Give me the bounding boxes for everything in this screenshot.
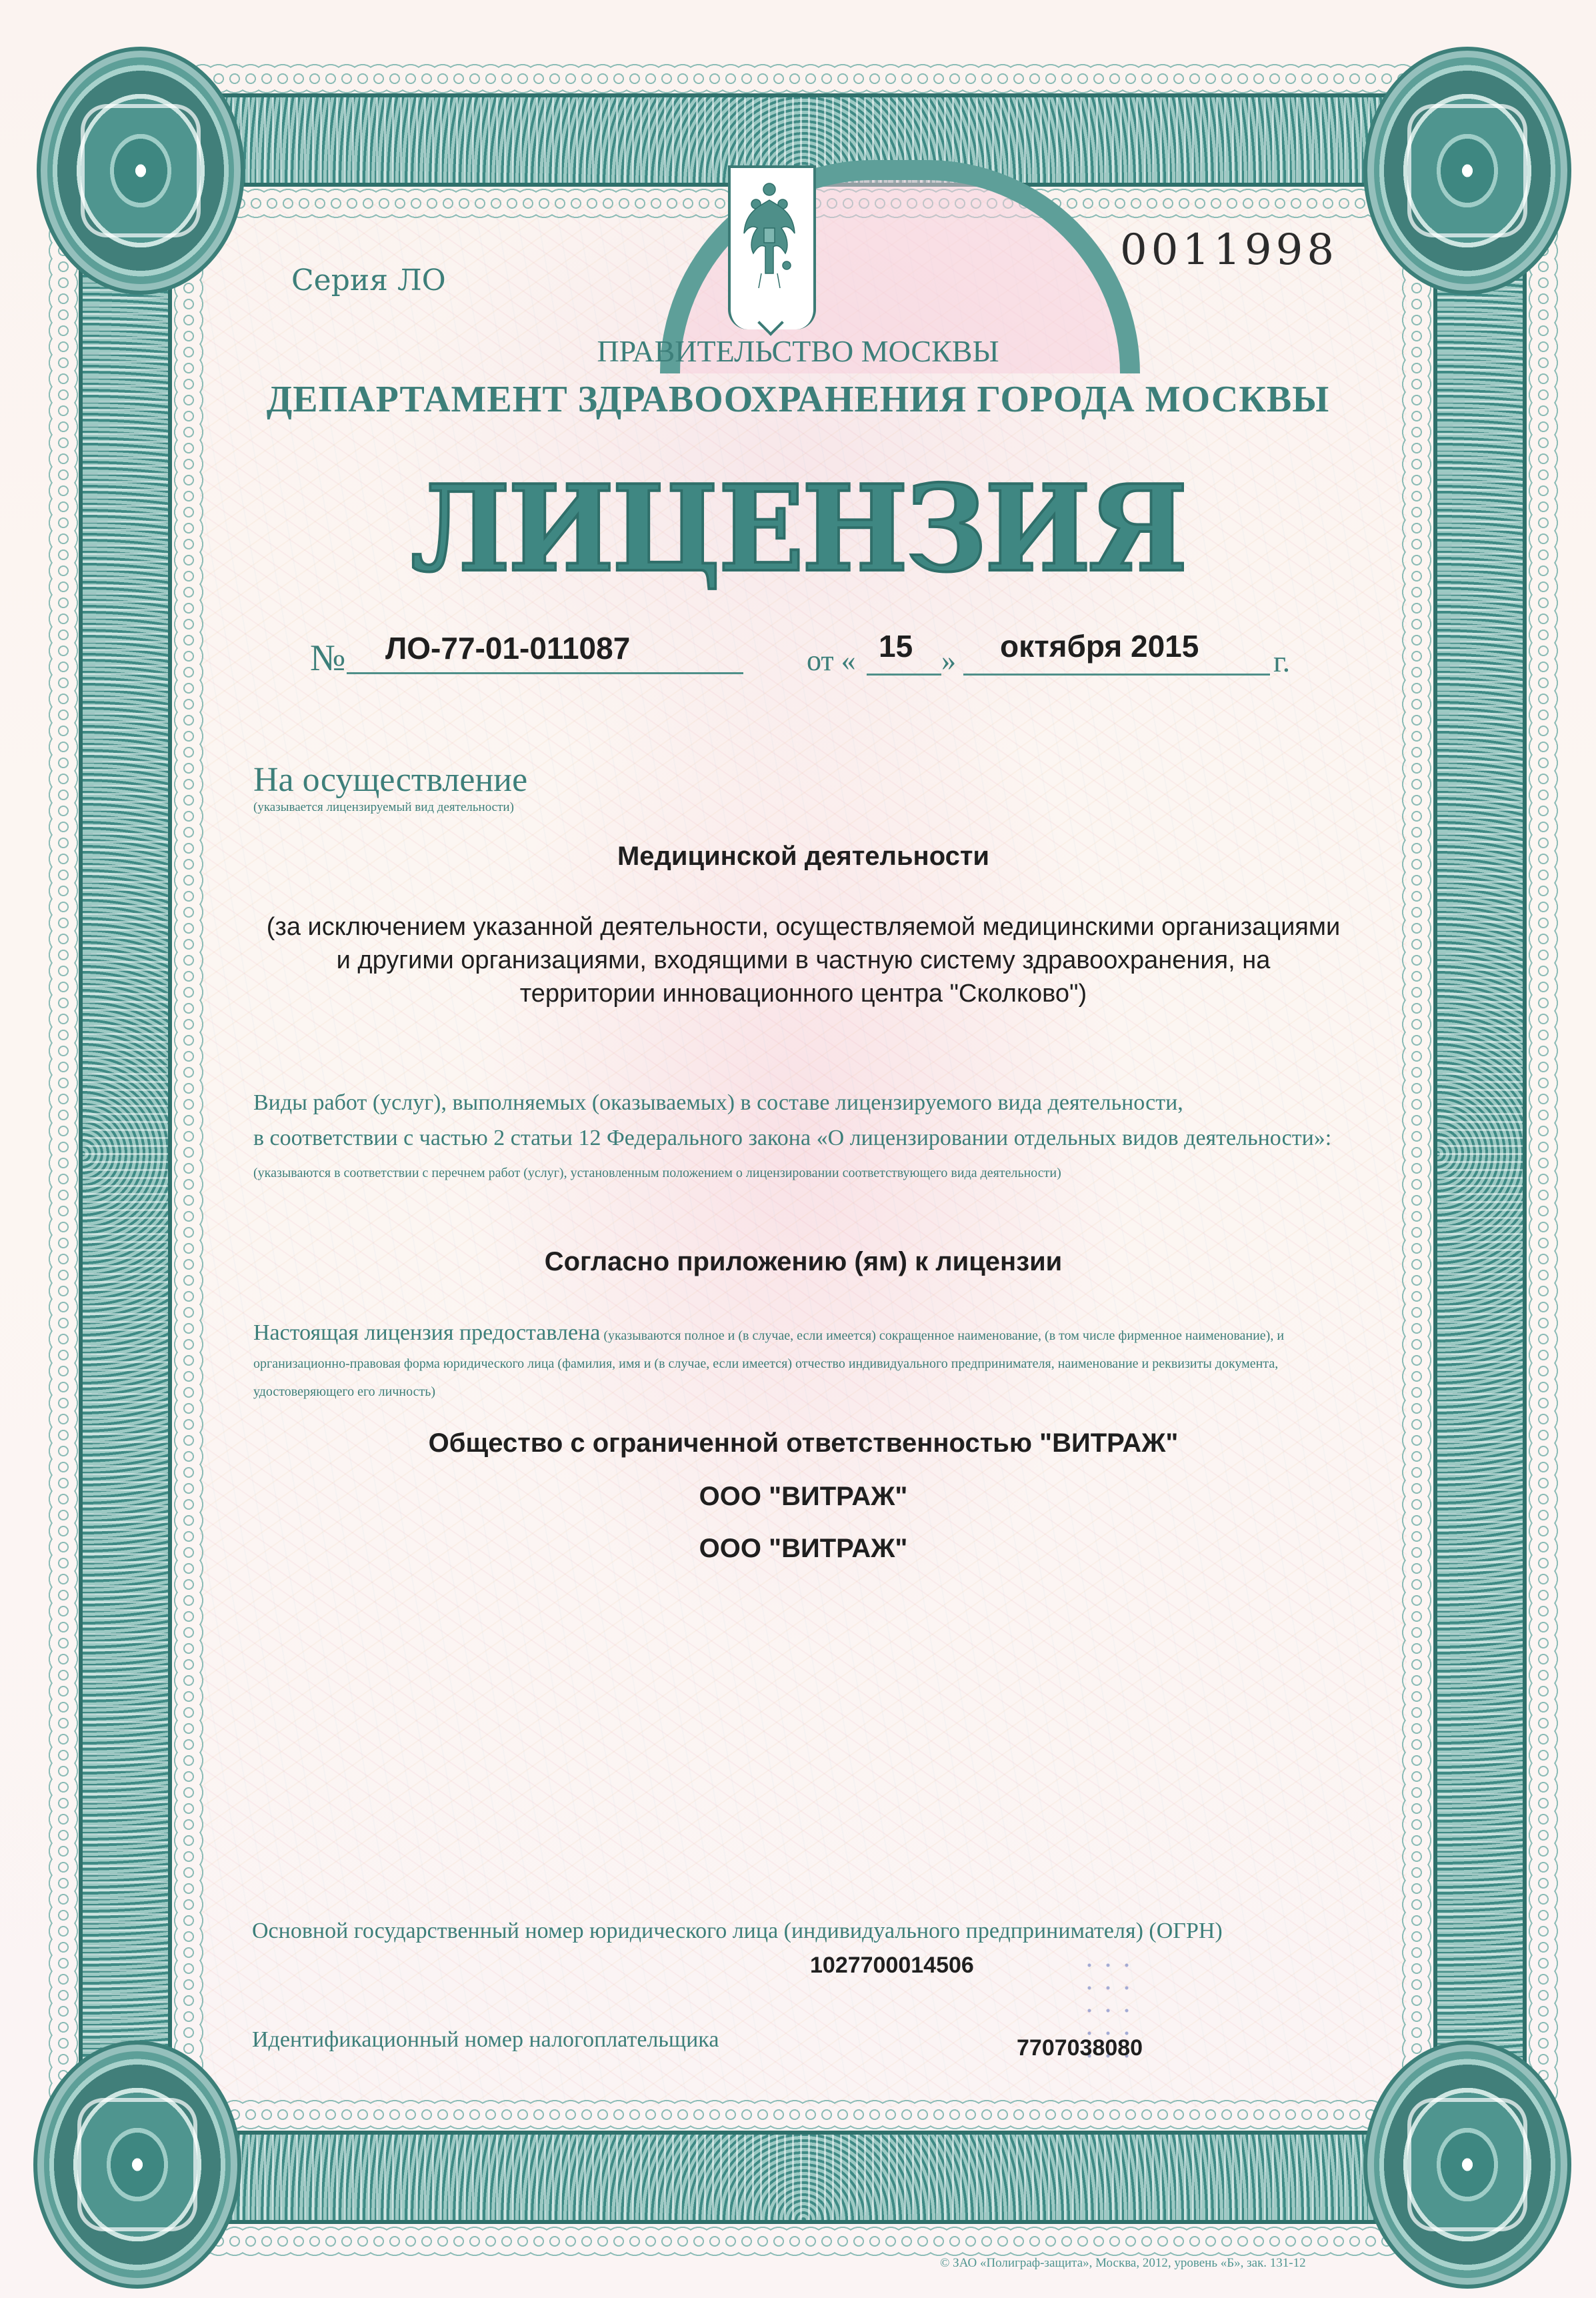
issuer-department: ДЕПАРТАМЕНТ ЗДРАВООХРАНЕНИЯ ГОРОДА МОСКВ… [0, 378, 1596, 421]
works-note: (указываются в соответствии с перечнем р… [253, 1166, 1061, 1181]
works-label-line1: Виды работ (услуг), выполняемых (оказыва… [253, 1090, 1183, 1116]
blank-serial-number: 0011998 [1120, 225, 1338, 275]
date-prefix-text: от [807, 644, 834, 677]
day-underline [867, 674, 941, 676]
activity-name: Медицинской деятельности [200, 842, 1407, 872]
border-loops-bottom-inner [147, 2099, 1453, 2130]
date-prefix: от « [807, 644, 856, 678]
inn-value: 7707038080 [1017, 2035, 1143, 2061]
open-quote: « [841, 644, 856, 677]
works-label-line2: в соответствии с частью 2 статьи 12 Феде… [253, 1126, 1331, 1151]
licensee-brand-name: ООО "ВИТРАЖ" [200, 1534, 1407, 1564]
works-value: Согласно приложению (ям) к лицензии [200, 1247, 1407, 1277]
activity-heading-note: (указывается лицензируемый вид деятельно… [253, 800, 514, 815]
year-suffix: г. [1273, 644, 1290, 679]
license-number-value: ЛО-77-01-011087 [385, 630, 630, 666]
exclusion-line: и другими организациями, входящими в час… [200, 944, 1407, 977]
licensee-short-name: ООО "ВИТРАЖ" [200, 1482, 1407, 1512]
activity-heading: На осуществление [253, 760, 527, 800]
printer-copyright: © ЗАО «Полиграф-защита», Москва, 2012, у… [940, 2256, 1306, 2271]
document-title: ЛИЦЕНЗИЯ [40, 459, 1556, 598]
corner-rosette-bottom-left [33, 2041, 241, 2289]
border-loops-bottom-outer [147, 2226, 1453, 2257]
exclusion-line: территории инновационного центра "Сколко… [200, 977, 1407, 1010]
corner-rosette-top-right [1363, 47, 1571, 295]
ogrn-label: Основной государственный номер юридическ… [252, 1919, 1223, 1944]
border-loops-top-outer [147, 63, 1453, 94]
license-day-value: 15 [879, 628, 913, 664]
corner-rosette-top-left [37, 47, 245, 295]
licensee-label: Настоящая лицензия предоставлена [253, 1320, 600, 1345]
ogrn-value: 1027700014506 [810, 1953, 974, 1979]
exclusion-line: (за исключением указанной деятельности, … [200, 910, 1407, 944]
series-label: Серия ЛО [291, 263, 446, 297]
russian-coat-of-arms-icon [739, 180, 800, 293]
border-loops-right-outer [1528, 147, 1559, 2181]
issuer-government: ПРАВИТЕЛЬСТВО МОСКВЫ [0, 333, 1596, 369]
activity-exclusion: (за исключением указанной деятельности, … [200, 910, 1407, 1010]
corner-rosette-bottom-right [1363, 2041, 1571, 2289]
license-month-year-value: октября 2015 [1000, 628, 1199, 664]
month-underline [963, 674, 1270, 676]
number-underline [347, 672, 743, 674]
inn-label: Идентификационный номер налогоплательщик… [252, 2027, 719, 2053]
licensee-label-block: Настоящая лицензия предоставлена (указыв… [253, 1319, 1373, 1406]
border-band-bottom [200, 2131, 1407, 2224]
number-label: № [310, 637, 345, 680]
licensee-full-name: Общество с ограниченной ответственностью… [200, 1428, 1407, 1458]
border-loops-left-outer [48, 147, 79, 2181]
close-quote: » [941, 644, 956, 678]
